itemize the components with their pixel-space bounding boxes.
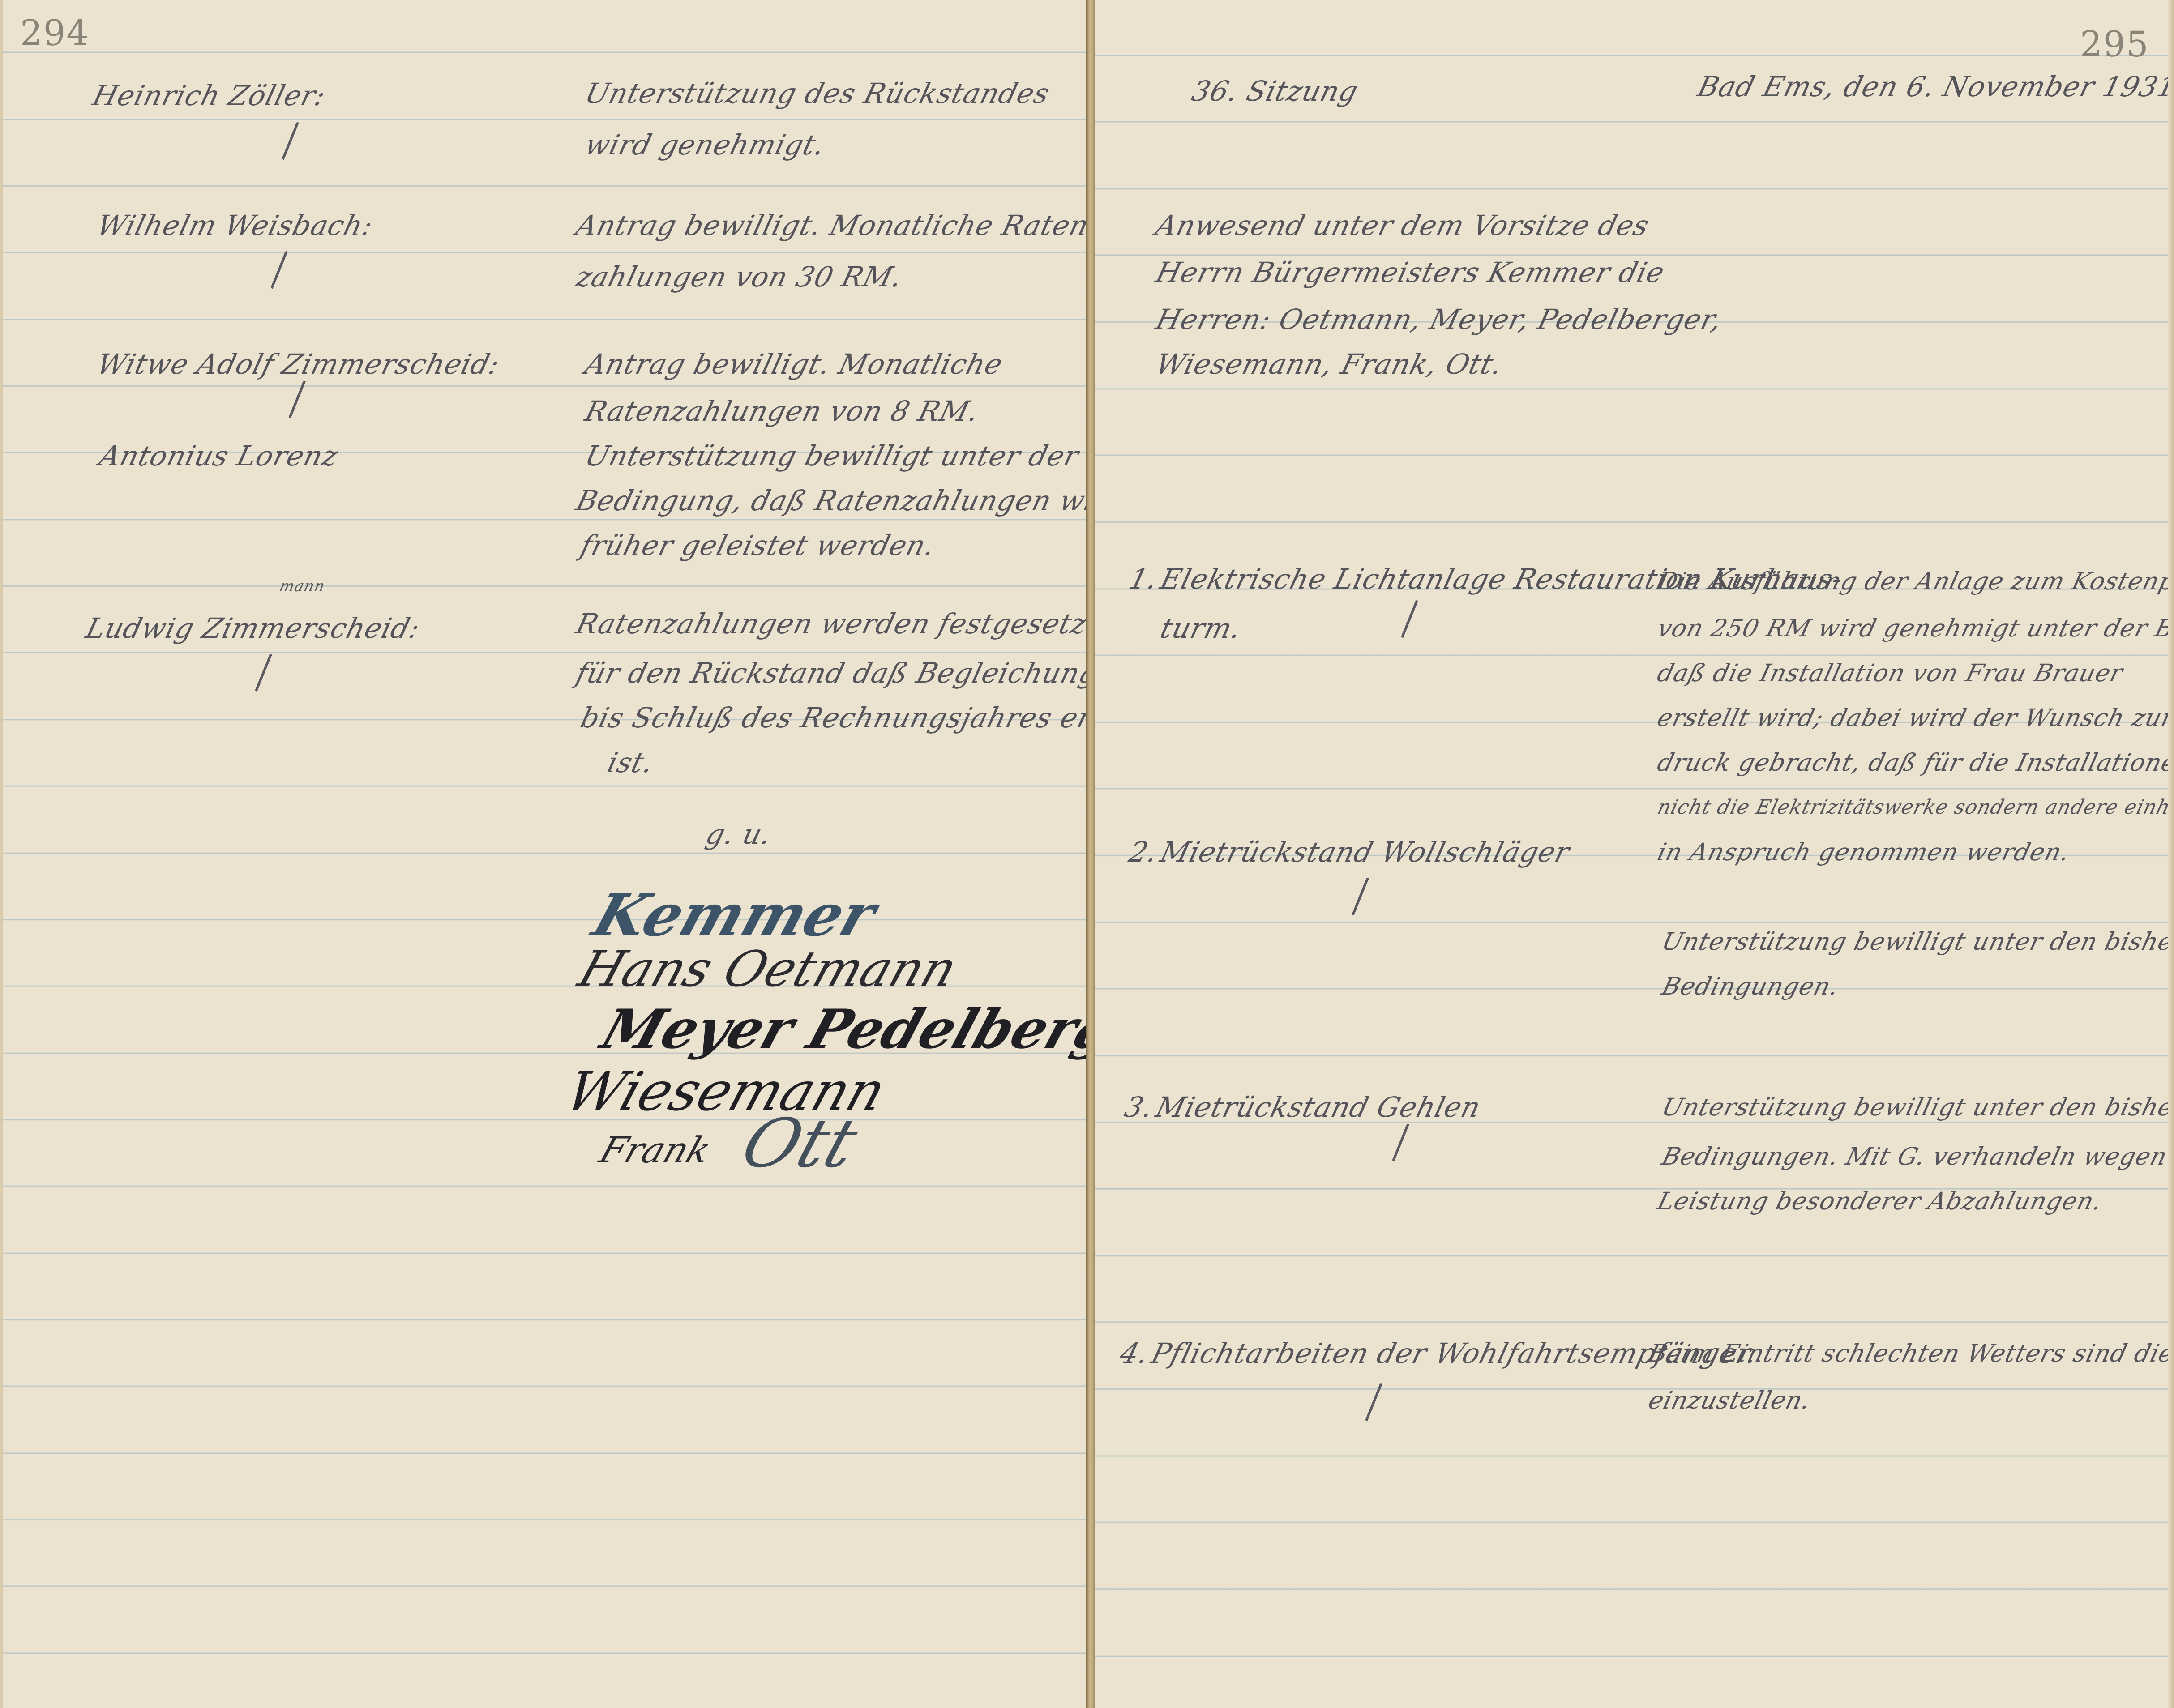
signature: Hans Oetmann — [573, 944, 963, 994]
entry-decision-line: früher geleistet werden. — [573, 512, 943, 579]
agenda-item-subject: turm. — [1153, 595, 1249, 662]
agenda-item-subject: Mietrückstand Wollschläger — [1153, 819, 1577, 885]
closing-abbreviation: g. u. — [698, 801, 779, 867]
place-date: Bad Ems, den 6. November 1931. — [1690, 54, 2174, 120]
page-edge — [2168, 0, 2174, 1708]
checkmark-icon — [1365, 1383, 1387, 1423]
entry-decision-line: zahlungen von 30 RM. — [569, 244, 910, 310]
session-title: 36. Sitzung — [1184, 58, 1366, 124]
name-correction-insert: mann — [278, 577, 327, 595]
page-number-left: 294 — [20, 13, 90, 54]
signature: Kemmer — [586, 886, 882, 944]
agenda-item-decision: in Anspruch genommen werden. — [1650, 819, 2078, 885]
entry-name: Antonius Lorenz — [92, 423, 346, 489]
signature: Frank — [595, 1132, 715, 1168]
entry-name: Ludwig Zimmerscheid: — [78, 595, 428, 662]
entry-name: Heinrich Zöller: — [85, 63, 334, 129]
left-page: 294 Heinrich Zöller: Unterstützung des R… — [0, 0, 1086, 1708]
right-page: 295 36. Sitzung Bad Ems, den 6. November… — [1095, 0, 2174, 1708]
ledger-spread: 294 Heinrich Zöller: Unterstützung des R… — [0, 0, 2174, 1708]
agenda-item-decision: einzustellen. — [1641, 1367, 1819, 1434]
agenda-item-decision: Leistung besonderer Abzahlungen. — [1650, 1168, 2110, 1234]
signature: Ott — [734, 1110, 865, 1177]
attendance-line: Wiesemann, Frank, Ott. — [1148, 331, 1511, 397]
entry-decision-line: wird genehmigt. — [578, 112, 833, 178]
page-edge — [0, 0, 3, 1708]
entry-name: Witwe Adolf Zimmerscheid: — [90, 331, 507, 397]
entry-name: Wilhelm Weisbach: — [90, 192, 381, 259]
book-gutter — [1086, 0, 1095, 1708]
entry-name-text: Ludwig Zimmerscheid: — [82, 612, 424, 645]
entry-decision-line: bis Schluß des Rechnungsjahres erfolgt — [573, 685, 1167, 751]
agenda-item-decision: Bedingungen. — [1654, 953, 1847, 1020]
agenda-item-subject: Mietrückstand Gehlen — [1148, 1074, 1488, 1140]
